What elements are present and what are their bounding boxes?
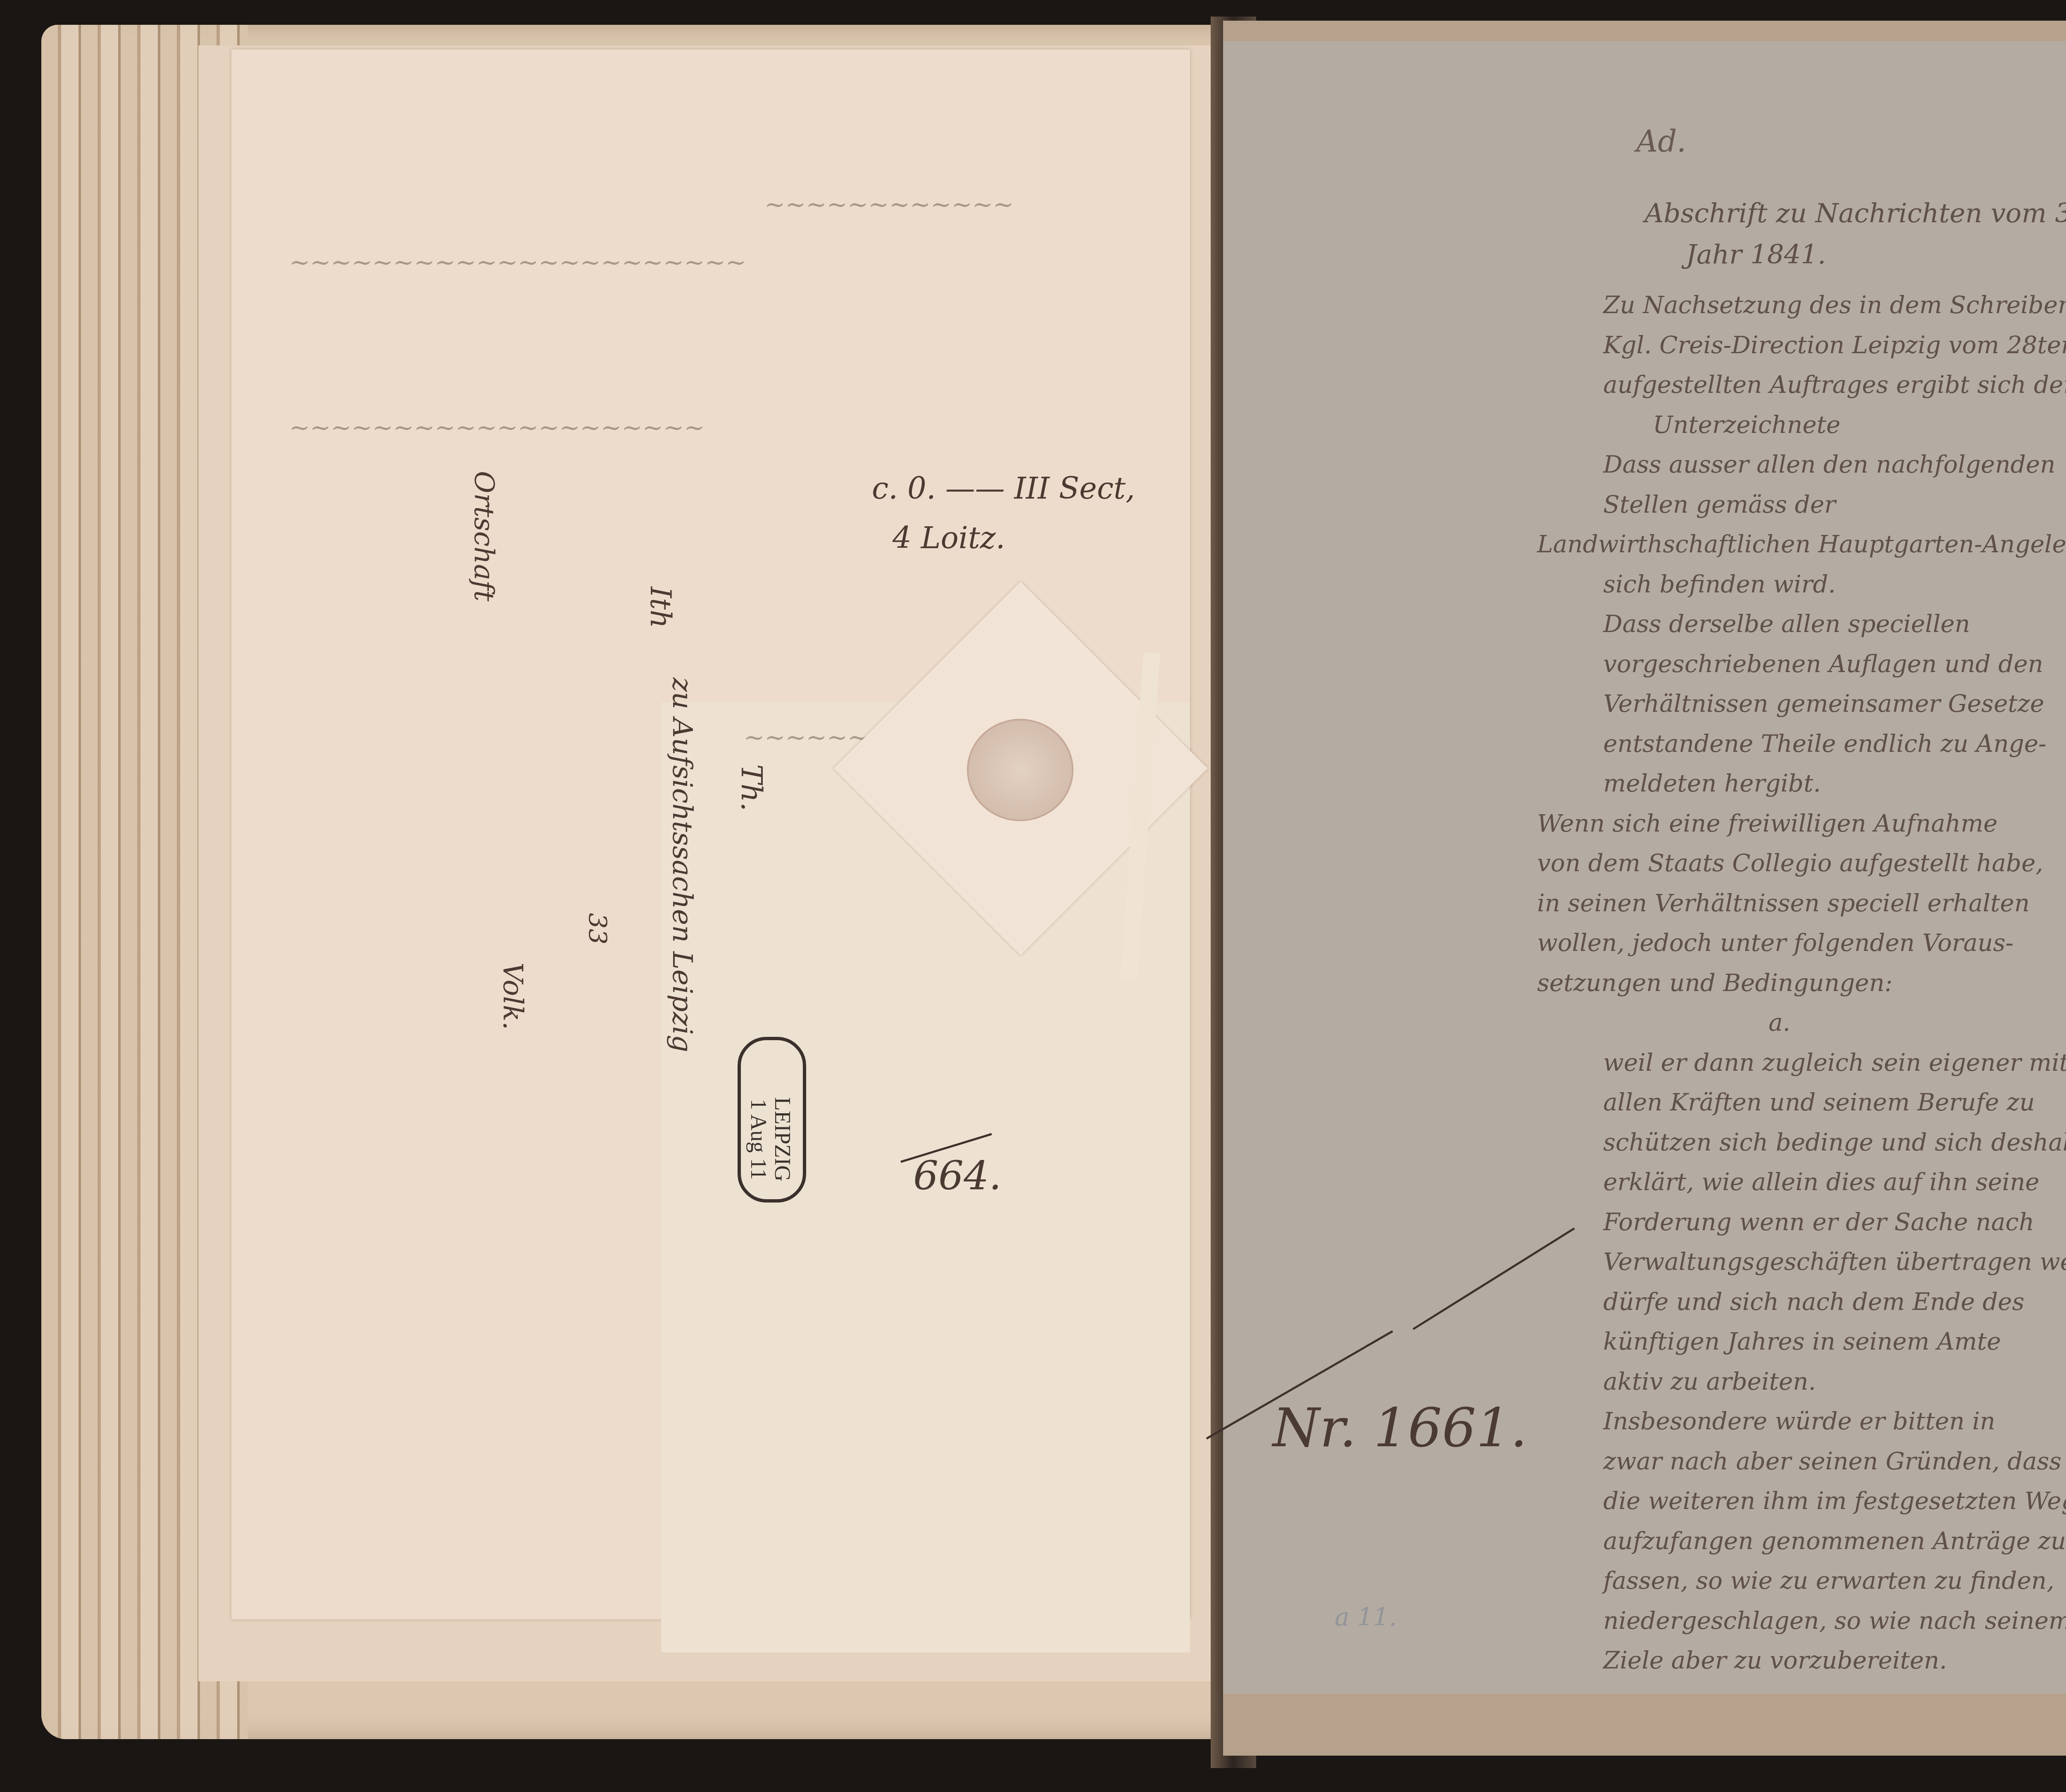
annotation-line-2: 4 Loitz. xyxy=(893,520,1005,555)
heading-line-2: Jahr 1841. xyxy=(1686,240,1826,270)
body-line: setzungen und Bedingungen: xyxy=(1537,963,2066,1003)
postmark-date: 1 Aug 11 xyxy=(747,1071,771,1207)
left-registry-number: 664. xyxy=(913,1153,1002,1199)
right-page-body: Zu Nachsetzung des in dem Schreiben des … xyxy=(1603,285,2066,1680)
body-line: allen Kräften und seinem Berufe zu xyxy=(1603,1082,2066,1122)
body-line: entstandene Theile endlich zu Ange- xyxy=(1603,724,2066,764)
body-line: vorgeschriebenen Auflagen und den xyxy=(1603,644,2066,684)
right-registry-number: Nr. 1661. xyxy=(1273,1396,1527,1459)
address-line: 33 xyxy=(583,913,612,944)
body-line: aktiv zu arbeiten. xyxy=(1603,1362,2066,1402)
body-line: fassen, so wie zu erwarten zu finden, xyxy=(1603,1561,2066,1601)
body-line: dürfe und sich nach dem Ende des xyxy=(1603,1282,2066,1322)
body-line: die weiteren ihm im festgesetzten Wege xyxy=(1603,1481,2066,1521)
body-line: Insbesondere würde er bitten in xyxy=(1603,1401,2066,1441)
body-line: in seinen Verhältnissen speciell erhalte… xyxy=(1537,883,2066,923)
body-line: aufzufangen genommenen Anträge zu xyxy=(1603,1521,2066,1561)
body-line: Kgl. Creis-Direction Leipzig vom 28ten xyxy=(1603,325,2066,365)
body-line: Unterzeichnete xyxy=(1603,405,2066,445)
body-line: meldeten hergibt. xyxy=(1603,763,2066,803)
address-line: Th. xyxy=(735,764,769,811)
body-line: erklärt, wie allein dies auf ihn seine xyxy=(1603,1162,2066,1202)
body-line: sich befinden wird. xyxy=(1603,564,2066,604)
body-line: Forderung wenn er der Sache nach xyxy=(1603,1202,2066,1242)
pencil-note: a 11. xyxy=(1335,1603,1397,1632)
body-line: Ziele aber zu vorzubereiten. xyxy=(1603,1640,2066,1680)
address-line: Ith xyxy=(644,587,678,628)
body-line: wollen, jedoch unter folgenden Voraus- xyxy=(1537,923,2066,963)
address-line: Ortschaft xyxy=(468,471,500,601)
faded-text: ~~~~~~~~~~~~~~~~~~~~~~ xyxy=(289,248,746,277)
body-line: Landwirthschaftlichen Hauptgarten-Angele… xyxy=(1537,524,2066,564)
body-line: künftigen Jahres in seinem Amte xyxy=(1603,1321,2066,1362)
body-line: aufgestellten Auftrages ergibt sich der xyxy=(1603,365,2066,405)
faded-text: ~~~~~~~~~~~~ xyxy=(764,190,1014,219)
body-line: Zu Nachsetzung des in dem Schreiben des xyxy=(1603,285,2066,325)
annotation-line-1: c. 0. —— III Sect, xyxy=(872,471,1135,506)
embossed-seal-icon xyxy=(967,719,1073,821)
margin-note: Ad. xyxy=(1636,124,1686,159)
address-line: Volk. xyxy=(497,963,529,1030)
body-line: zwar nach aber seinen Gründen, dass xyxy=(1603,1441,2066,1481)
body-line: Verhältnissen gemeinsamer Gesetze xyxy=(1603,684,2066,724)
body-line: Wenn sich eine freiwilligen Aufnahme xyxy=(1537,803,2066,844)
body-line: von dem Staats Collegio aufgestellt habe… xyxy=(1537,843,2066,883)
body-line: Dass derselbe allen speciellen xyxy=(1603,604,2066,644)
body-line: Verwaltungsgeschäften übertragen werden xyxy=(1603,1242,2066,1282)
body-line: a. xyxy=(1603,1003,2066,1043)
body-line: schützen sich bedinge und sich deshalb xyxy=(1603,1122,2066,1162)
body-line: Dass ausser allen den nachfolgenden xyxy=(1603,444,2066,485)
heading-line-1: Abschrift zu Nachrichten vom 3 Oct. xyxy=(1645,198,2066,229)
body-line: Stellen gemäss der xyxy=(1603,485,2066,525)
postmark-city: LEIPZIG xyxy=(771,1071,795,1207)
address-line: zu Aufsichtssachen Leipzig xyxy=(666,677,698,1052)
faded-text: ~~~~~~~~~~~~~~~~~~~~ xyxy=(289,413,705,442)
body-line: niedergeschlagen, so wie nach seinem xyxy=(1603,1601,2066,1641)
body-line: weil er dann zugleich sein eigener mit xyxy=(1603,1043,2066,1083)
postmark-text: LEIPZIG 1 Aug 11 xyxy=(747,1071,795,1207)
